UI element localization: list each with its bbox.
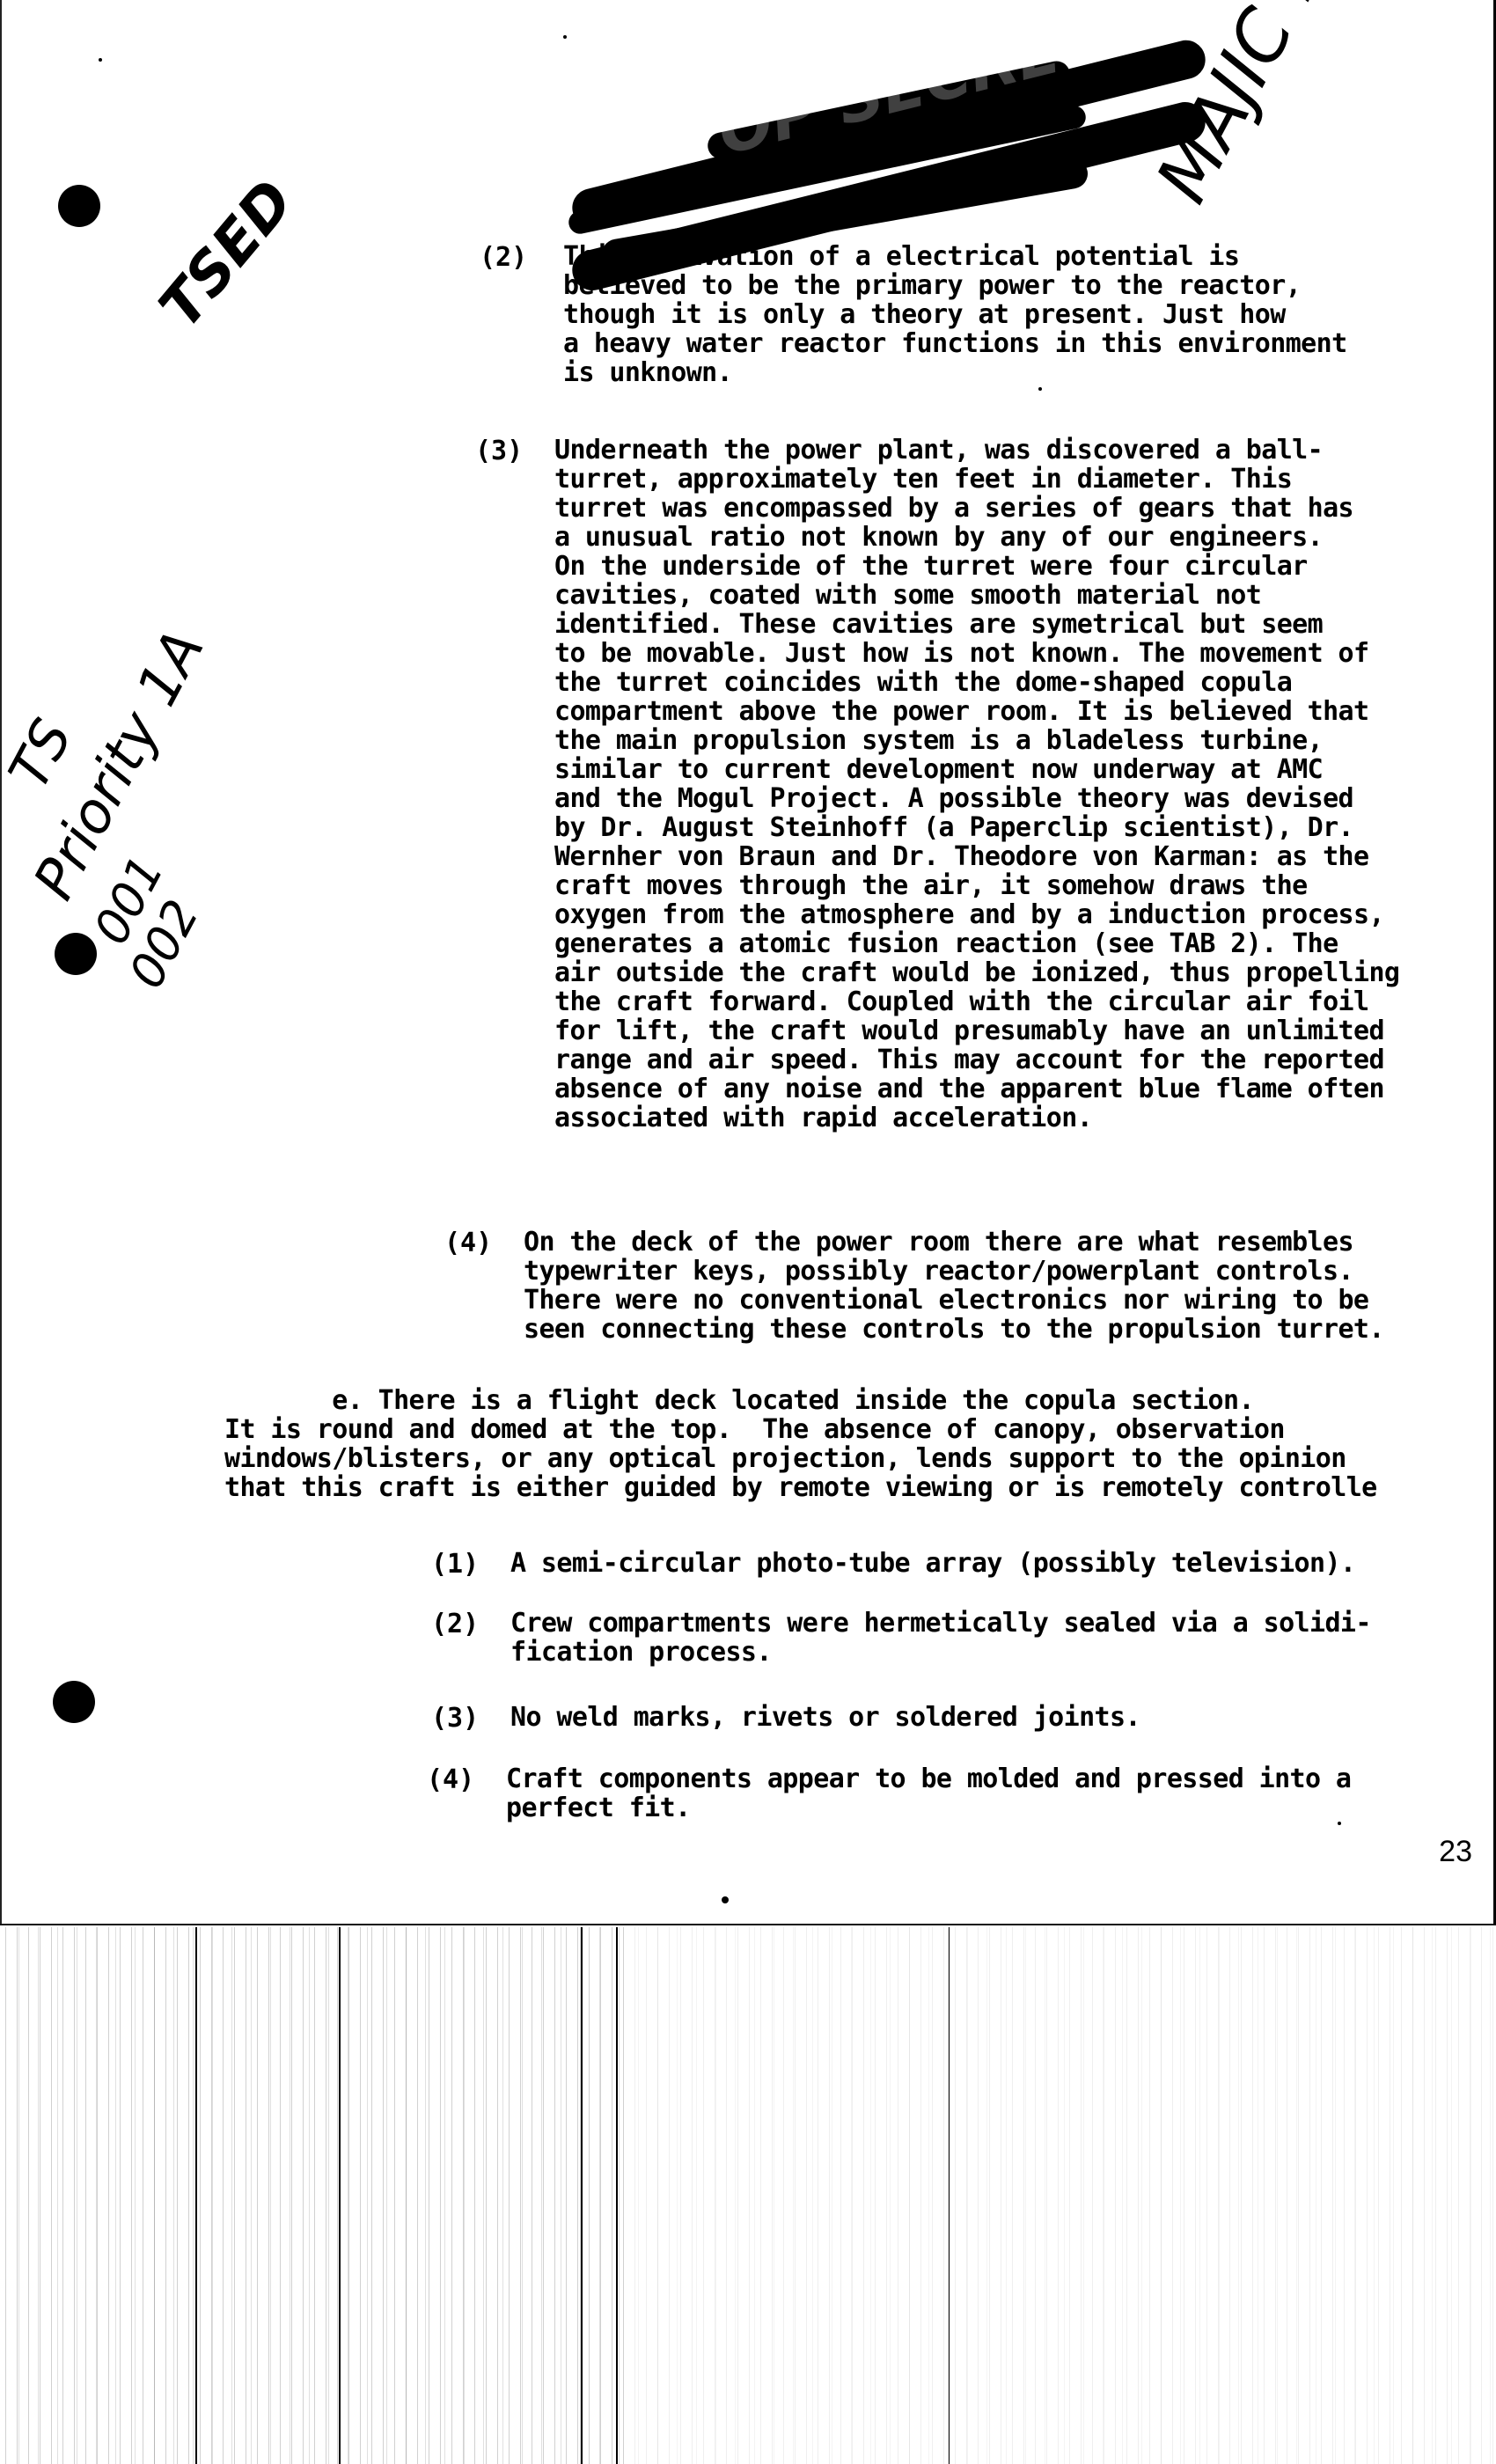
scan-speck [563, 35, 567, 39]
item-marker: (3) [475, 436, 523, 466]
page-number: 23 [1439, 1835, 1472, 1869]
punch-hole [53, 1681, 95, 1723]
punch-hole [58, 185, 100, 227]
item-text: Underneath the power plant, was discover… [554, 436, 1399, 1133]
item-text: Crew compartments were hermetically seal… [510, 1609, 1371, 1667]
document-page: TOP SECRET MAJIC file TSED TS Priority 1… [0, 0, 1496, 1925]
scanner-line [195, 1927, 197, 2464]
item-text: Craft components appear to be molded and… [506, 1764, 1351, 1822]
page-left-edge [0, 0, 2, 1924]
scanner-line [949, 1927, 950, 2464]
item-text: A semi-circular photo-tube array (possib… [510, 1549, 1355, 1578]
handwritten-tsed: TSED [146, 167, 307, 341]
scan-speck [722, 1896, 729, 1903]
punch-hole [55, 933, 97, 975]
scan-speck [99, 58, 102, 62]
scan-speck [1338, 1822, 1341, 1825]
item-text: On the deck of the power room there are … [524, 1228, 1384, 1344]
item-marker: (2) [431, 1609, 479, 1639]
item-marker: (4) [427, 1764, 474, 1795]
scanner-line [339, 1927, 341, 2464]
scanner-line [616, 1927, 618, 2464]
item-marker: (1) [431, 1549, 479, 1580]
section-e-text: e. There is a flight deck located inside… [224, 1386, 1377, 1502]
item-text: No weld marks, rivets or soldered joints… [510, 1703, 1140, 1732]
scan-speck [1038, 387, 1042, 391]
scanner-streaks [0, 1927, 1496, 2464]
item-text: This activation of a electrical potentia… [563, 242, 1347, 387]
item-marker: (2) [480, 242, 527, 273]
item-marker: (4) [444, 1228, 492, 1258]
item-marker: (3) [431, 1703, 479, 1734]
scanner-line [581, 1927, 583, 2464]
